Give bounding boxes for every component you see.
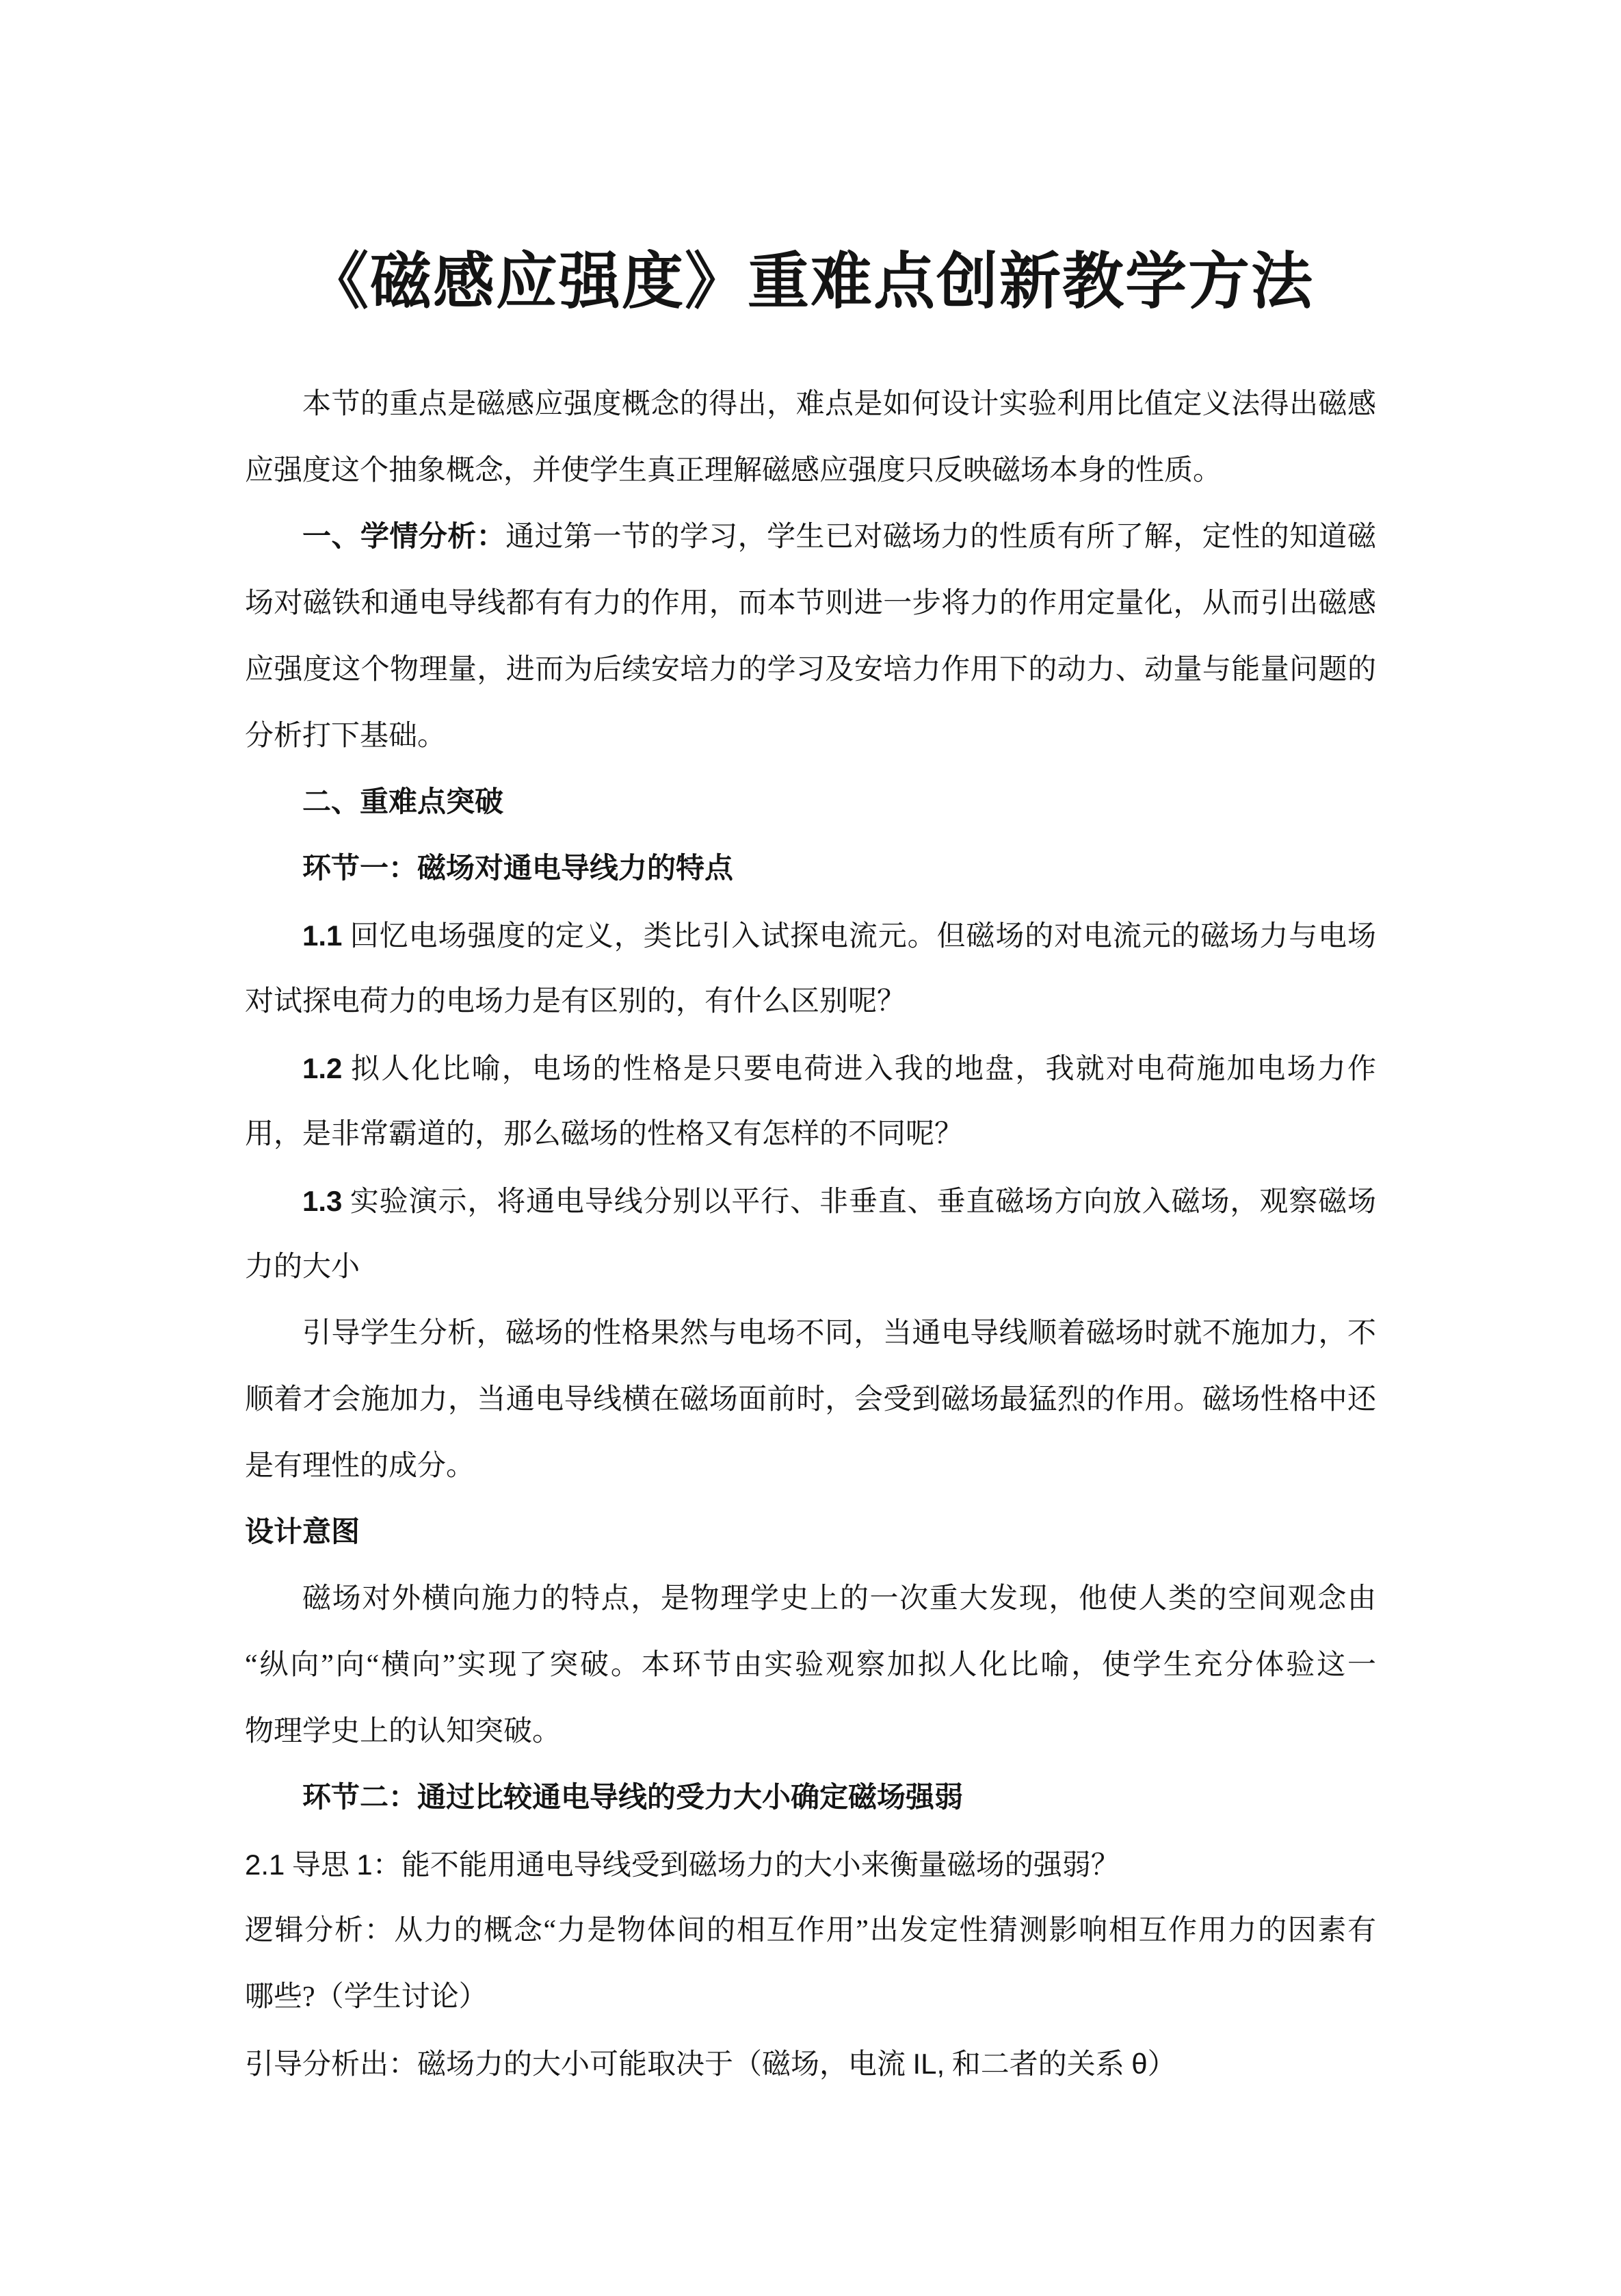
paragraph-line: 逻辑分析：从力的概念“力是物体间的相互作用”出发定性猜测影响相互作用力的因素有 — [245, 1898, 1376, 1964]
text-run: 环节二：通过比较通电导线的受力大小确定磁场强弱 — [302, 1782, 963, 1814]
paragraph-line: 顺着才会施加力，当通电导线横在磁场面前时，会受到磁场最猛烈的作用。磁场性格中还 — [245, 1367, 1376, 1433]
text-run: 力的大小 — [245, 1251, 360, 1283]
text-run: 哪些?（学生讨论） — [245, 1981, 488, 2013]
text-run: 设计意图 — [245, 1517, 360, 1548]
text-run: 应强度这个物理量，进而为后续安培力的学习及安培力作用下的动力、动量与能量问题的 — [245, 654, 1376, 686]
paragraph-line: 分析打下基础。 — [245, 703, 1376, 770]
paragraph-line: 2.1 导思 1：能不能用通电导线受到磁场力的大小来衡量磁场的强弱？ — [245, 1831, 1376, 1898]
paragraph-line: “纵向”向“横向”实现了突破。本环节由实验观察加拟人化比喻，使学生充分体验这一 — [245, 1632, 1376, 1699]
text-run: 1.1 — [302, 919, 342, 952]
text-run: 用，是非常霸道的，那么磁场的性格又有怎样的不同呢？ — [245, 1119, 963, 1150]
paragraph-line: 1.3 实验演示，将通电导线分别以平行、非垂直、垂直磁场方向放入磁场，观察磁场 — [245, 1168, 1376, 1234]
paragraph-line: 是有理性的成分。 — [245, 1433, 1376, 1500]
text-run: 物理学史上的认知突破。 — [245, 1716, 561, 1747]
text-run: 场对磁铁和通电导线都有有力的作用，而本节则进一步将力的作用定量化，从而引出磁感 — [245, 588, 1376, 619]
paragraph-line: 场对磁铁和通电导线都有有力的作用，而本节则进一步将力的作用定量化，从而引出磁感 — [245, 571, 1376, 637]
text-run: 1 — [356, 1849, 372, 1881]
text-run: 环节一：磁场对通电导线力的特点 — [302, 853, 733, 885]
text-run: 导思 — [285, 1850, 356, 1881]
text-run: 是有理性的成分。 — [245, 1450, 475, 1482]
paragraph-line: 用，是非常霸道的，那么磁场的性格又有怎样的不同呢？ — [245, 1101, 1376, 1168]
paragraph-line: 一、学情分析：通过第一节的学习，学生已对磁场力的性质有所了解，定性的知道磁 — [245, 504, 1376, 571]
text-run: 一、学情分析： — [302, 521, 505, 553]
document-page: 《磁感应强度》重难点创新教学方法 本节的重点是磁感应强度概念的得出，难点是如何设… — [0, 0, 1621, 2296]
text-run: 分析打下基础。 — [245, 720, 446, 752]
text-run: θ — [1131, 2048, 1147, 2080]
heading-line: 二、重难点突破 — [245, 770, 1376, 836]
heading-line: 环节二：通过比较通电导线的受力大小确定磁场强弱 — [245, 1765, 1376, 1831]
paragraph-line: 物理学史上的认知突破。 — [245, 1699, 1376, 1765]
text-run: 二、重难点突破 — [302, 787, 503, 818]
paragraph-line: 本节的重点是磁感应强度概念的得出，难点是如何设计实验利用比值定义法得出磁感 — [245, 371, 1376, 438]
paragraph-line: 1.2 拟人化比喻，电场的性格是只要电荷进入我的地盘，我就对电荷施加电场力作 — [245, 1035, 1376, 1101]
text-run: 应强度这个抽象概念，并使学生真正理解磁感应强度只反映磁场本身的性质。 — [245, 455, 1222, 486]
paragraph-line: 磁场对外横向施力的特点，是物理学史上的一次重大发现，他使人类的空间观念由 — [245, 1566, 1376, 1632]
paragraph-line: 引导分析出：磁场力的大小可能取决于（磁场，电流 IL, 和二者的关系 θ） — [245, 2031, 1376, 2097]
text-run: 逻辑分析：从力的概念“力是物体间的相互作用”出发定性猜测影响相互作用力的因素有 — [245, 1915, 1376, 1946]
text-run: IL, — [913, 2048, 945, 2080]
text-run: 1.3 — [302, 1185, 342, 1217]
paragraph-line: 哪些?（学生讨论） — [245, 1964, 1376, 2031]
paragraph-line: 引导学生分析，磁场的性格果然与电场不同，当通电导线顺着磁场时就不施加力，不 — [245, 1301, 1376, 1367]
paragraph-line: 应强度这个物理量，进而为后续安培力的学习及安培力作用下的动力、动量与能量问题的 — [245, 637, 1376, 703]
paragraph-line: 1.1 回忆电场强度的定义，类比引入试探电流元。但磁场的对电流元的磁场力与电场 — [245, 902, 1376, 969]
text-run: 拟人化比喻，电场的性格是只要电荷进入我的地盘，我就对电荷施加电场力作 — [342, 1054, 1376, 1085]
text-run: “纵向”向“横向”实现了突破。本环节由实验观察加拟人化比喻，使学生充分体验这一 — [245, 1649, 1376, 1681]
text-run: ：能不能用通电导线受到磁场力的大小来衡量磁场的强弱？ — [373, 1850, 1120, 1881]
text-run: ） — [1148, 2049, 1176, 2080]
text-run: 和二者的关系 — [945, 2049, 1131, 2080]
text-run: 通过第一节的学习，学生已对磁场力的性质有所了解，定性的知道磁 — [505, 521, 1376, 553]
heading-line: 环节一：磁场对通电导线力的特点 — [245, 836, 1376, 902]
text-run: 本节的重点是磁感应强度概念的得出，难点是如何设计实验利用比值定义法得出磁感 — [302, 389, 1376, 420]
text-run: 对试探电荷力的电场力是有区别的，有什么区别呢？ — [245, 986, 906, 1017]
document-body: 本节的重点是磁感应强度概念的得出，难点是如何设计实验利用比值定义法得出磁感应强度… — [245, 371, 1376, 2097]
text-run: 2.1 — [245, 1849, 285, 1881]
text-run: 引导学生分析，磁场的性格果然与电场不同，当通电导线顺着磁场时就不施加力，不 — [302, 1318, 1376, 1349]
text-run: 1.2 — [302, 1052, 342, 1084]
document-title: 《磁感应强度》重难点创新教学方法 — [245, 236, 1376, 328]
heading-line: 设计意图 — [245, 1500, 1376, 1566]
text-run: 顺着才会施加力，当通电导线横在磁场面前时，会受到磁场最猛烈的作用。磁场性格中还 — [245, 1384, 1376, 1416]
paragraph-line: 力的大小 — [245, 1234, 1376, 1301]
text-run: 引导分析出：磁场力的大小可能取决于（磁场，电流 — [245, 2049, 913, 2080]
text-run: 磁场对外横向施力的特点，是物理学史上的一次重大发现，他使人类的空间观念由 — [302, 1583, 1376, 1615]
paragraph-line: 应强度这个抽象概念，并使学生真正理解磁感应强度只反映磁场本身的性质。 — [245, 438, 1376, 504]
paragraph-line: 对试探电荷力的电场力是有区别的，有什么区别呢？ — [245, 969, 1376, 1035]
text-run: 实验演示，将通电导线分别以平行、非垂直、垂直磁场方向放入磁场，观察磁场 — [342, 1186, 1376, 1218]
text-run: 回忆电场强度的定义，类比引入试探电流元。但磁场的对电流元的磁场力与电场 — [342, 921, 1376, 952]
